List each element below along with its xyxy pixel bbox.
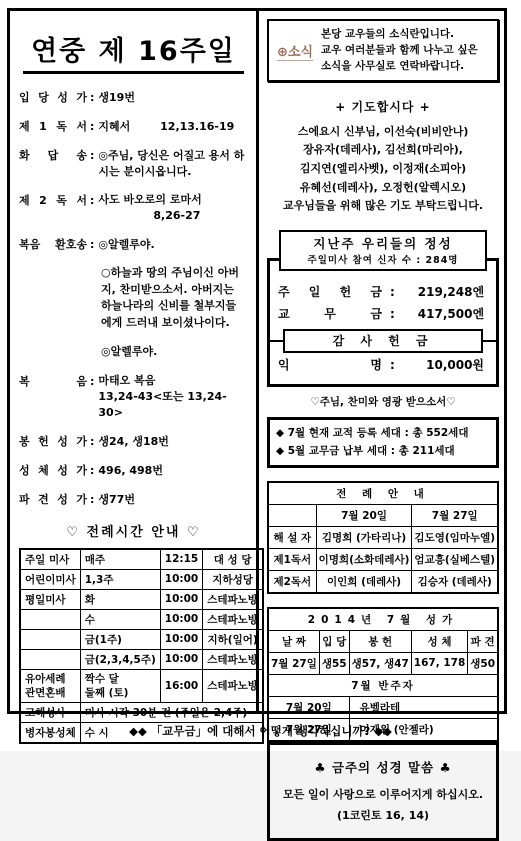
liturgy-label: 제 1 독 서 — [19, 119, 87, 135]
prayer-title: + 기도합시다 + — [267, 97, 499, 117]
table-cell: 금(1주) — [80, 629, 160, 649]
acclamation-end: ◎알렐루야. — [101, 344, 246, 361]
offering-amount: 219,248엔 — [418, 283, 488, 300]
page-title: 연중 제 16주일 — [23, 29, 244, 74]
news-line: 본당 교우들의 소식란입니다. — [321, 27, 478, 43]
column-header: 7월 27일 — [412, 504, 498, 526]
table-row: 7월 반주자 — [268, 674, 498, 696]
accompanist-name: 유벨라테 — [349, 696, 498, 718]
reading-reference: 12,13.16-19 — [160, 120, 234, 133]
colon — [90, 434, 94, 450]
liturgy-row-offertory-hymn: 봉 헌 성 가 생24, 생18번 — [19, 434, 248, 450]
offering-amount: 10,000원 — [426, 356, 488, 373]
table-cell: 엄교흥(실베스텔) — [412, 548, 498, 570]
colon — [90, 90, 94, 106]
accompanist-title: 7월 반주자 — [268, 674, 498, 696]
table-cell: 제2독서 — [268, 570, 316, 593]
column-header: 입 당 — [319, 630, 349, 652]
colon — [90, 237, 94, 253]
table-cell: 스테파노방 — [203, 649, 263, 669]
offering-title-box: 지난주 우리들의 정성 주일미사 참여 신자 수 : 284명 — [279, 230, 487, 271]
news-text: 본당 교우들의 소식란입니다. 교우 여러분들과 함께 나누고 싶은 소식을 사… — [321, 27, 478, 74]
table-cell: 매주 — [80, 549, 160, 570]
cell-line: 짝수 달 — [85, 672, 156, 686]
news-notice-box: ⊕소식 본당 교우들의 소식란입니다. 교우 여러분들과 함께 나누고 싶은 소… — [267, 19, 499, 82]
table-cell: 생57, 생47 — [349, 652, 411, 674]
prayer-line: 스에요시 신부님, 이선숙(비비안나) — [267, 123, 499, 142]
table-cell: 스테파노방 — [203, 589, 263, 609]
offering-label: 교 무 금 — [278, 305, 382, 322]
offering-label: 익 명 — [278, 356, 382, 373]
colon — [90, 193, 94, 224]
table-cell: 10:00 — [160, 649, 202, 669]
table-cell: 스테파노방 — [203, 669, 263, 702]
colon — [90, 148, 94, 180]
prayer-line: 장유자(데레사), 김선희(마리아), — [267, 141, 499, 160]
reading-book: 지혜서 — [98, 120, 130, 133]
cell-line: 관면혼배 — [25, 686, 76, 700]
liturgy-row-entrance-hymn: 입 당 성 가 생19번 — [19, 90, 248, 106]
mass-schedule-section: ♡ 전례시간 안내 ♡ 주일 미사 매주 12:15 대 성 당 어린이미사 1… — [19, 521, 248, 744]
prayer-line: 교우님들을 위해 많은 기도 부탁드립니다. — [267, 197, 499, 216]
thanks-offering-title: 감 사 헌 금 — [283, 329, 483, 353]
colon — [390, 358, 395, 372]
table-cell: 167, 178 — [411, 652, 467, 674]
liturgy-value: 지혜서 12,13.16-19 — [98, 119, 248, 135]
column-header: 날 짜 — [268, 630, 319, 652]
table-cell: 금(2,3,4,5주) — [80, 649, 160, 669]
column-header: 7월 20일 — [316, 504, 412, 526]
liturgy-label: 파 견 성 가 — [19, 492, 87, 508]
table-title: 2014년 7월 성가 — [268, 608, 498, 631]
colon — [390, 285, 395, 299]
table-cell: 생50 — [468, 652, 498, 674]
table-cell: 12:15 — [160, 549, 202, 570]
table-row: 7월 27일 생55 생57, 생47 167, 178 생50 — [268, 652, 498, 674]
liturgy-roles-table: 전 례 안 내 7월 20일 7월 27일 해 설 자 김명희 (가타리나) 김… — [267, 481, 499, 594]
offering-row-anonymous: 익 명 10,000원 — [278, 356, 488, 373]
table-cell — [20, 649, 80, 669]
table-cell — [20, 629, 80, 649]
table-row: 주일 미사 매주 12:15 대 성 당 — [20, 549, 263, 570]
liturgy-row-gospel-acclamation: 복음 환호송 ◎알렐루야. — [19, 237, 248, 253]
cell-line: 둘째 (토) — [85, 686, 156, 700]
liturgy-row-gospel: 복 음 마태오 복음 13,24-43<또는 13,24-30> — [19, 374, 248, 421]
table-row: 전 례 안 내 — [268, 482, 498, 505]
table-cell: 7월 27일 — [268, 652, 319, 674]
liturgy-row-communion-hymn: 성 체 성 가 496, 498번 — [19, 463, 248, 479]
table-cell: 대 성 당 — [203, 549, 263, 570]
table-row: 해 설 자 김명희 (가타리나) 김도영(임마누엘) — [268, 526, 498, 548]
bulletin-page: 연중 제 16주일 입 당 성 가 생19번 제 1 독 서 지혜서 12,13… — [0, 0, 521, 751]
table-cell: 김명희 (가타리나) — [316, 526, 412, 548]
main-content: 연중 제 16주일 입 당 성 가 생19번 제 1 독 서 지혜서 12,13… — [7, 8, 507, 714]
mass-schedule-table: 주일 미사 매주 12:15 대 성 당 어린이미사 1,3주 10:00 지하… — [19, 548, 264, 744]
liturgy-value: 사도 바오로의 로마서 8,26-27 — [98, 193, 248, 224]
table-cell — [20, 609, 80, 629]
offering-section: 지난주 우리들의 정성 주일미사 참여 신자 수 : 284명 주 일 헌 금 … — [267, 230, 499, 409]
prayer-line: 유혜선(데레사), 오정헌(알렉시오) — [267, 179, 499, 198]
table-row: 고해성사 미사 시작 30분 전 (주일은 2,4주) — [20, 702, 263, 722]
liturgy-value: 마태오 복음 13,24-43<또는 13,24-30> — [98, 374, 248, 421]
table-row: 날 짜 입 당 봉 헌 성 체 파 견 — [268, 630, 498, 652]
colon — [90, 374, 94, 421]
gospel-reference: 13,24-43<또는 13,24-30> — [98, 389, 248, 421]
liturgy-row-recessional-hymn: 파 견 성 가 생77번 — [19, 492, 248, 508]
table-row: 유아세례 관면혼배 짝수 달 둘째 (토) 16:00 스테파노방 — [20, 669, 263, 702]
news-line: 교우 여러분들과 함께 나누고 싶은 — [321, 43, 478, 59]
table-cell: 16:00 — [160, 669, 202, 702]
table-row: 제2독서 이인희 (데레사) 김승자 (데레사) — [268, 570, 498, 593]
stats-line: ◆ 7월 현재 교적 등록 세대 : 총 552세대 — [276, 424, 490, 442]
liturgy-value: 생24, 생18번 — [98, 434, 248, 450]
stats-line: ◆ 5월 교무금 납부 세대 : 총 211세대 — [276, 442, 490, 460]
table-cell: 화 — [80, 589, 160, 609]
weekly-verse-box: ♣ 금주의 성경 말씀 ♣ 모든 일이 사랑으로 이루어지게 하십시오. (1코… — [267, 742, 499, 841]
table-row: 제1독서 이명희(소화데레사) 엄교흥(실베스텔) — [268, 548, 498, 570]
verse-reference: (1코린토 16, 14) — [274, 807, 492, 823]
table-cell: 김승자 (데레사) — [412, 570, 498, 593]
cell-line: 유아세례 — [25, 672, 76, 686]
table-cell: 제1독서 — [268, 548, 316, 570]
liturgy-row-responsorial-psalm: 화 답 송 ◎주님, 당신은 어질고 용서 하시는 분이시옵니다. — [19, 148, 248, 180]
table-cell: 생55 — [319, 652, 349, 674]
gospel-book: 마태오 복음 — [98, 374, 248, 389]
table-row: 7월 20일 유벨라테 — [268, 696, 498, 718]
left-column: 연중 제 16주일 입 당 성 가 생19번 제 1 독 서 지혜서 12,13… — [10, 11, 259, 711]
column-header: 봉 헌 — [349, 630, 411, 652]
liturgy-row-first-reading: 제 1 독 서 지혜서 12,13.16-19 — [19, 119, 248, 135]
offering-label: 주 일 헌 금 — [278, 283, 382, 300]
table-cell: 유아세례 관면혼배 — [20, 669, 80, 702]
table-cell: 주일 미사 — [20, 549, 80, 570]
table-title: 전 례 안 내 — [268, 482, 498, 505]
liturgy-value: 생77번 — [98, 492, 248, 508]
offering-attendance: 주일미사 참여 신자 수 : 284명 — [281, 252, 485, 266]
household-stats-box: ◆ 7월 현재 교적 등록 세대 : 총 552세대 ◆ 5월 교무금 납부 세… — [267, 417, 499, 468]
table-cell: 해 설 자 — [268, 526, 316, 548]
table-row: 2014년 7월 성가 — [268, 608, 498, 631]
verse-text: 모든 일이 사랑으로 이루어지게 하십시오. — [274, 786, 492, 802]
offering-row-sunday: 주 일 헌 금 219,248엔 — [278, 283, 488, 300]
offering-row-tithe: 교 무 금 417,500엔 — [278, 305, 488, 322]
column-header: 성 체 — [411, 630, 467, 652]
colon — [90, 119, 94, 135]
offering-title: 지난주 우리들의 정성 — [281, 234, 485, 252]
table-row: 금(1주) 10:00 지하(일어) — [20, 629, 263, 649]
table-cell: 지하성당 — [203, 569, 263, 589]
liturgy-label: 제 2 독 서 — [19, 193, 87, 224]
liturgy-value: 생19번 — [98, 90, 248, 106]
acclamation-verse: ○하늘과 땅의 주님이신 아버지, 찬미받으소서. 아버지는 하늘나라의 신비를… — [101, 265, 246, 331]
prayer-section: + 기도합시다 + 스에요시 신부님, 이선숙(비비안나) 장유자(데레사), … — [267, 97, 499, 216]
liturgy-row-second-reading: 제 2 독 서 사도 바오로의 로마서 8,26-27 — [19, 193, 248, 224]
colon — [390, 307, 395, 321]
table-cell: 스테파노방 — [203, 609, 263, 629]
liturgy-value: ◎주님, 당신은 어질고 용서 하시는 분이시옵니다. — [98, 148, 248, 180]
liturgy-label: 봉 헌 성 가 — [19, 434, 87, 450]
table-cell — [268, 504, 316, 526]
table-cell: 평일미사 — [20, 589, 80, 609]
verse-title: ♣ 금주의 성경 말씀 ♣ — [274, 758, 492, 776]
table-cell: 수 — [80, 609, 160, 629]
table-row: 7월 20일 7월 27일 — [268, 504, 498, 526]
table-row: 수 10:00 스테파노방 — [20, 609, 263, 629]
schedule-heading: ♡ 전례시간 안내 ♡ — [19, 521, 248, 540]
liturgy-label: 복음 환호송 — [19, 237, 87, 253]
table-cell: 지하(일어) — [203, 629, 263, 649]
liturgy-label: 성 체 성 가 — [19, 463, 87, 479]
table-cell: 미사 시작 30분 전 (주일은 2,4주) — [80, 702, 263, 722]
table-cell: 이명희(소화데레사) — [316, 548, 412, 570]
table-cell: 어린이미사 — [20, 569, 80, 589]
table-row: 금(2,3,4,5주) 10:00 스테파노방 — [20, 649, 263, 669]
liturgy-label: 복 음 — [19, 374, 87, 421]
blessing-line: ♡주님, 찬미와 영광 받으소서♡ — [267, 394, 499, 409]
offering-amount: 417,500엔 — [418, 305, 488, 322]
news-icon: ⊕소식 — [277, 41, 313, 61]
table-row: 평일미사 화 10:00 스테파노방 — [20, 589, 263, 609]
table-cell: 10:00 — [160, 629, 202, 649]
table-cell: 10:00 — [160, 589, 202, 609]
column-header: 파 견 — [468, 630, 498, 652]
colon — [90, 492, 94, 508]
offering-box: 주 일 헌 금 219,248엔 교 무 금 417,500엔 감 사 헌 금 … — [267, 258, 499, 387]
liturgy-label: 화 답 송 — [19, 148, 87, 180]
table-cell: 짝수 달 둘째 (토) — [80, 669, 160, 702]
accompanist-date: 7월 20일 — [268, 696, 349, 718]
table-cell: 김도영(임마누엘) — [412, 526, 498, 548]
prayer-line: 김지연(엘리사벳), 이정재(소피아) — [267, 160, 499, 179]
title-wrap: 연중 제 16주일 — [19, 29, 248, 74]
table-cell: 10:00 — [160, 609, 202, 629]
hymn-table: 2014년 7월 성가 날 짜 입 당 봉 헌 성 체 파 견 7월 27일 생… — [267, 607, 499, 742]
reading-book: 사도 바오로의 로마서 — [98, 193, 248, 208]
table-cell: 이인희 (데레사) — [316, 570, 412, 593]
right-column: ⊕소식 본당 교우들의 소식란입니다. 교우 여러분들과 함께 나누고 싶은 소… — [259, 11, 507, 711]
thanks-divider: 감 사 헌 금 — [270, 329, 496, 351]
table-row: 어린이미사 1,3주 10:00 지하성당 — [20, 569, 263, 589]
liturgy-value: ◎알렐루야. — [98, 237, 248, 253]
table-cell: 10:00 — [160, 569, 202, 589]
table-cell: 고해성사 — [20, 702, 80, 722]
liturgy-value: 496, 498번 — [98, 463, 248, 479]
footer-question: ◆◆ 「교무금」에 대해서 어떻게 생각하십니까? ◆◆ — [0, 723, 521, 739]
news-line: 소식을 사무실로 연락바랍니다. — [321, 59, 478, 75]
liturgy-label: 입 당 성 가 — [19, 90, 87, 106]
table-cell: 1,3주 — [80, 569, 160, 589]
colon — [90, 463, 94, 479]
reading-reference: 8,26-27 — [98, 208, 248, 224]
